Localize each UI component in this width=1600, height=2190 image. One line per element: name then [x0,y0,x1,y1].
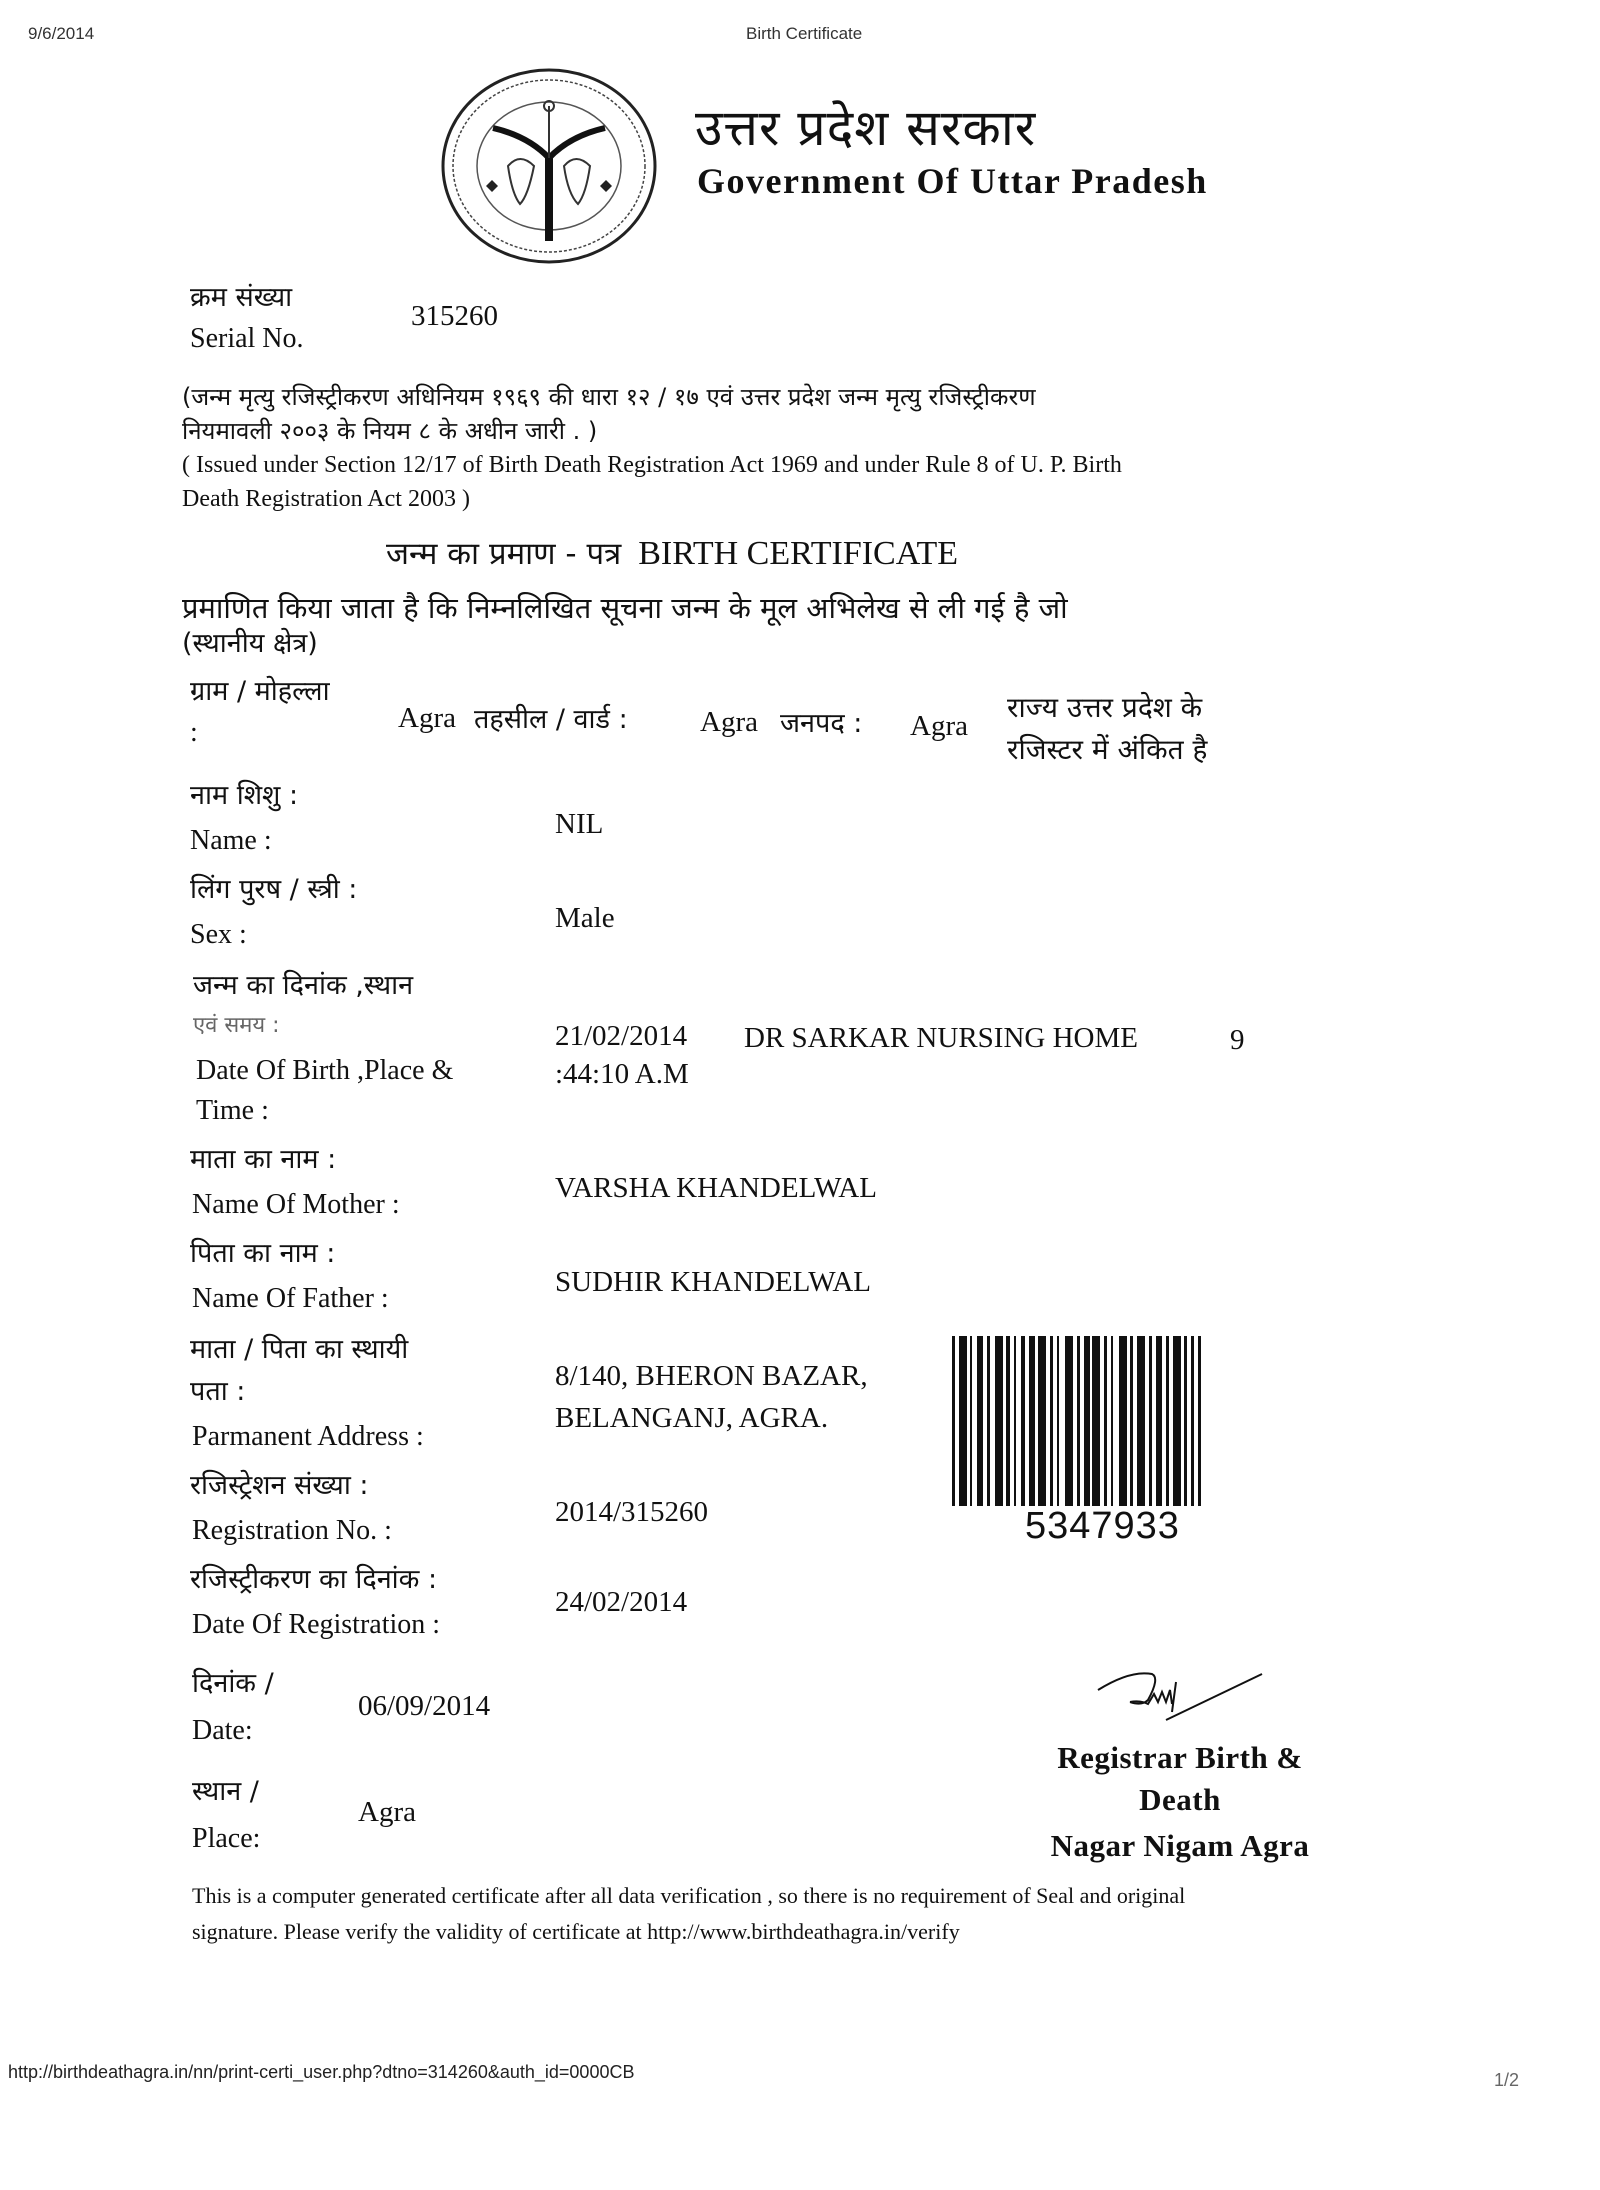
issue-place-label-hindi: स्थान / [192,1772,259,1812]
tehsil-value: Agra [700,706,758,739]
address-label-hindi-line1: माता / पिता का स्थायी [190,1330,408,1370]
print-title: Birth Certificate [746,24,862,44]
birth-time-hour: 9 [1230,1024,1245,1057]
birth-label-hindi-line1: जन्म का दिनांक ,स्थान [193,966,413,1006]
issue-date-value: 06/09/2014 [358,1690,490,1723]
state-emblem-icon [438,66,660,266]
registrar-title-line1: Registrar Birth & [1040,1740,1320,1776]
issued-under-english-line1: ( Issued under Section 12/17 of Birth De… [182,448,1122,482]
father-name-value: SUDHIR KHANDELWAL [555,1266,871,1299]
state-register-note-line2: रजिस्टर में अंकित है [1007,730,1207,770]
district-value: Agra [910,710,968,743]
issued-under-hindi-line2: नियमावली २००३ के नियम ८ के अधीन जारी . ) [182,414,597,448]
registration-no-label: Registration No. : [192,1512,392,1550]
certificate-heading-hindi: जन्म का प्रमाण - पत्र [386,536,621,572]
print-footer-url: http://birthdeathagra.in/nn/print-certi_… [8,2062,634,2083]
child-name-value: NIL [555,808,603,841]
birth-time-rest: :44:10 A.M [555,1058,689,1091]
child-name-label-hindi: नाम शिशु : [190,776,298,816]
certificate-heading: जन्म का प्रमाण - पत्र BIRTH CERTIFICATE [386,532,958,574]
mother-label-hindi: माता का नाम : [190,1140,336,1180]
address-label-hindi-line2: पता : [190,1372,245,1412]
disclaimer-line2: signature. Please verify the validity of… [192,1914,960,1950]
government-name-hindi: उत्तर प्रदेश सरकार [695,92,1036,160]
address-label: Parmanent Address : [192,1418,424,1456]
print-date: 9/6/2014 [28,24,94,44]
certificate-heading-english: BIRTH CERTIFICATE [638,535,958,572]
signature-icon [1090,1660,1270,1750]
sex-label-hindi: लिंग पुरष / स्त्री : [190,870,357,910]
serial-number: 315260 [411,300,498,333]
address-value-line2: BELANGANJ, AGRA. [555,1402,828,1435]
barcode [952,1336,1210,1506]
registration-no-value: 2014/315260 [555,1496,708,1529]
registration-date-label-hindi: रजिस्ट्रीकरण का दिनांक : [190,1560,437,1600]
birth-date-value: 21/02/2014 [555,1020,687,1053]
father-label: Name Of Father : [192,1280,389,1318]
barcode-number: 5347933 [1025,1505,1180,1548]
mother-name-value: VARSHA KHANDELWAL [555,1172,877,1205]
serial-label: Serial No. [190,320,304,358]
issued-under-hindi-line1: (जन्म मृत्यु रजिस्ट्रीकरण अधिनियम १९६९ क… [182,380,1036,414]
village-value: Agra [398,702,456,735]
issue-date-label-hindi: दिनांक / [192,1664,274,1704]
mother-label: Name Of Mother : [192,1186,400,1224]
issued-under-english-line2: Death Registration Act 2003 ) [182,482,470,516]
certification-statement-line2: (स्थानीय क्षेत्र) [182,624,318,664]
village-label: ग्राम / मोहल्ला [190,672,330,712]
registration-date-label: Date Of Registration : [192,1606,440,1644]
government-name-english: Government Of Uttar Pradesh [697,160,1208,202]
certification-statement-line1: प्रमाणित किया जाता है कि निम्नलिखित सूचन… [182,588,1068,628]
issue-date-label: Date: [192,1712,253,1750]
birth-place-value: DR SARKAR NURSING HOME [744,1022,1138,1055]
registration-date-value: 24/02/2014 [555,1586,687,1619]
state-register-note-line1: राज्य उत्तर प्रदेश के [1007,688,1202,728]
print-footer-page: 1/2 [1494,2070,1519,2091]
disclaimer-line1: This is a computer generated certificate… [192,1878,1185,1914]
tehsil-label: तहसील / वार्ड : [474,700,628,740]
address-value-line1: 8/140, BHERON BAZAR, [555,1360,868,1393]
district-label: जनपद : [780,704,862,744]
registration-no-label-hindi: रजिस्ट्रेशन संख्या : [190,1466,369,1506]
village-colon: : [190,714,198,752]
birth-label-line1: Date Of Birth ,Place & [196,1052,453,1090]
father-label-hindi: पिता का नाम : [190,1234,335,1274]
birth-label-hindi-line2: एवं समय : [193,1006,280,1046]
serial-label-hindi: क्रम संख्या [190,278,292,318]
issue-place-label: Place: [192,1820,260,1858]
registrar-title-line2: Death [1040,1782,1320,1818]
issue-place-value: Agra [358,1796,416,1829]
child-name-label: Name : [190,822,272,860]
sex-label: Sex : [190,916,247,954]
registrar-office: Nagar Nigam Agra [1040,1828,1320,1864]
sex-value: Male [555,902,615,935]
birth-label-line2: Time : [196,1092,269,1130]
